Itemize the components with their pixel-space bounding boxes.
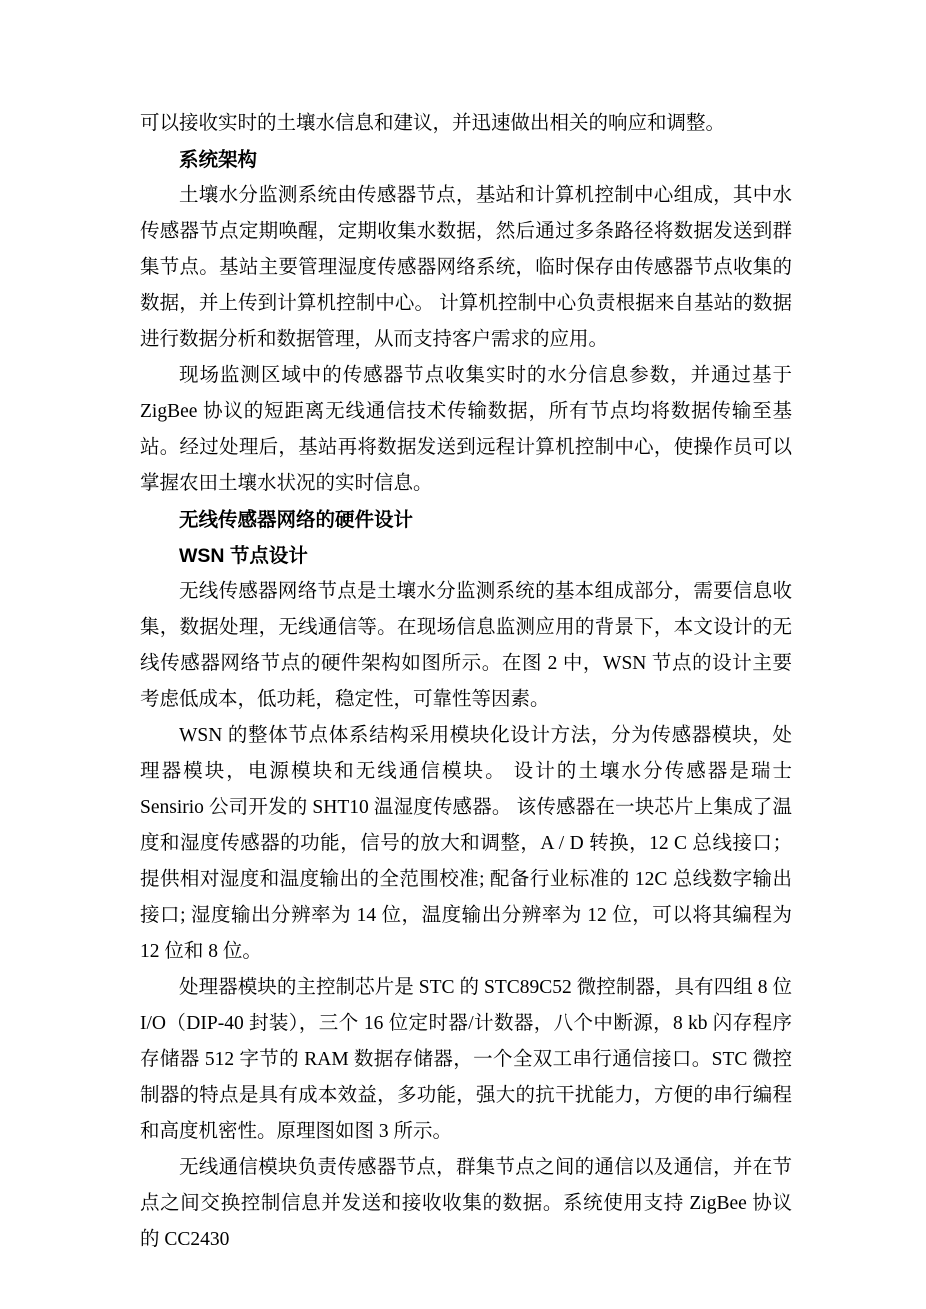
document-paragraph: 处理器模块的主控制芯片是 STC 的 STC89C52 微控制器，具有四组 8 … [140, 970, 792, 1150]
document-paragraph: WSN 的整体节点体系结构采用模块化设计方法，分为传感器模块，处理器模块，电源模… [140, 718, 792, 970]
section-heading: WSN 节点设计 [140, 538, 792, 574]
document-paragraph: 土壤水分监测系统由传感器节点，基站和计算机控制中心组成，其中水传感器节点定期唤醒… [140, 178, 792, 358]
document-paragraph: 无线通信模块负责传感器节点，群集节点之间的通信以及通信，并在节点之间交换控制信息… [140, 1150, 792, 1258]
section-heading: 无线传感器网络的硬件设计 [140, 502, 792, 538]
document-page: 可以接收实时的土壤水信息和建议，并迅速做出相关的响应和调整。系统架构土壤水分监测… [0, 0, 926, 1309]
document-paragraph: 无线传感器网络节点是土壤水分监测系统的基本组成部分，需要信息收集，数据处理，无线… [140, 574, 792, 718]
document-content: 可以接收实时的土壤水信息和建议，并迅速做出相关的响应和调整。系统架构土壤水分监测… [140, 106, 792, 1258]
section-heading: 系统架构 [140, 142, 792, 178]
document-paragraph: 可以接收实时的土壤水信息和建议，并迅速做出相关的响应和调整。 [140, 106, 792, 142]
document-paragraph: 现场监测区域中的传感器节点收集实时的水分信息参数，并通过基于 ZigBee 协议… [140, 358, 792, 502]
